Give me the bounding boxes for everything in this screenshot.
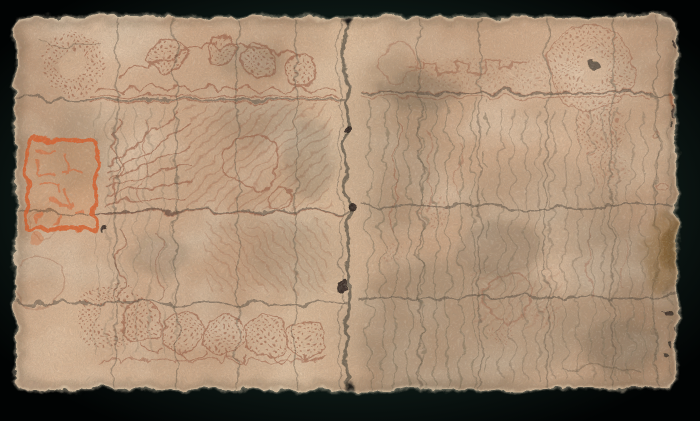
photo-canvas bbox=[0, 0, 700, 421]
grain-light-overlay bbox=[16, 17, 676, 389]
banknote-photograph: Heavily worn antique paper banknote with… bbox=[0, 0, 700, 421]
banknote bbox=[12, 5, 688, 415]
paper-surface bbox=[12, 5, 688, 415]
